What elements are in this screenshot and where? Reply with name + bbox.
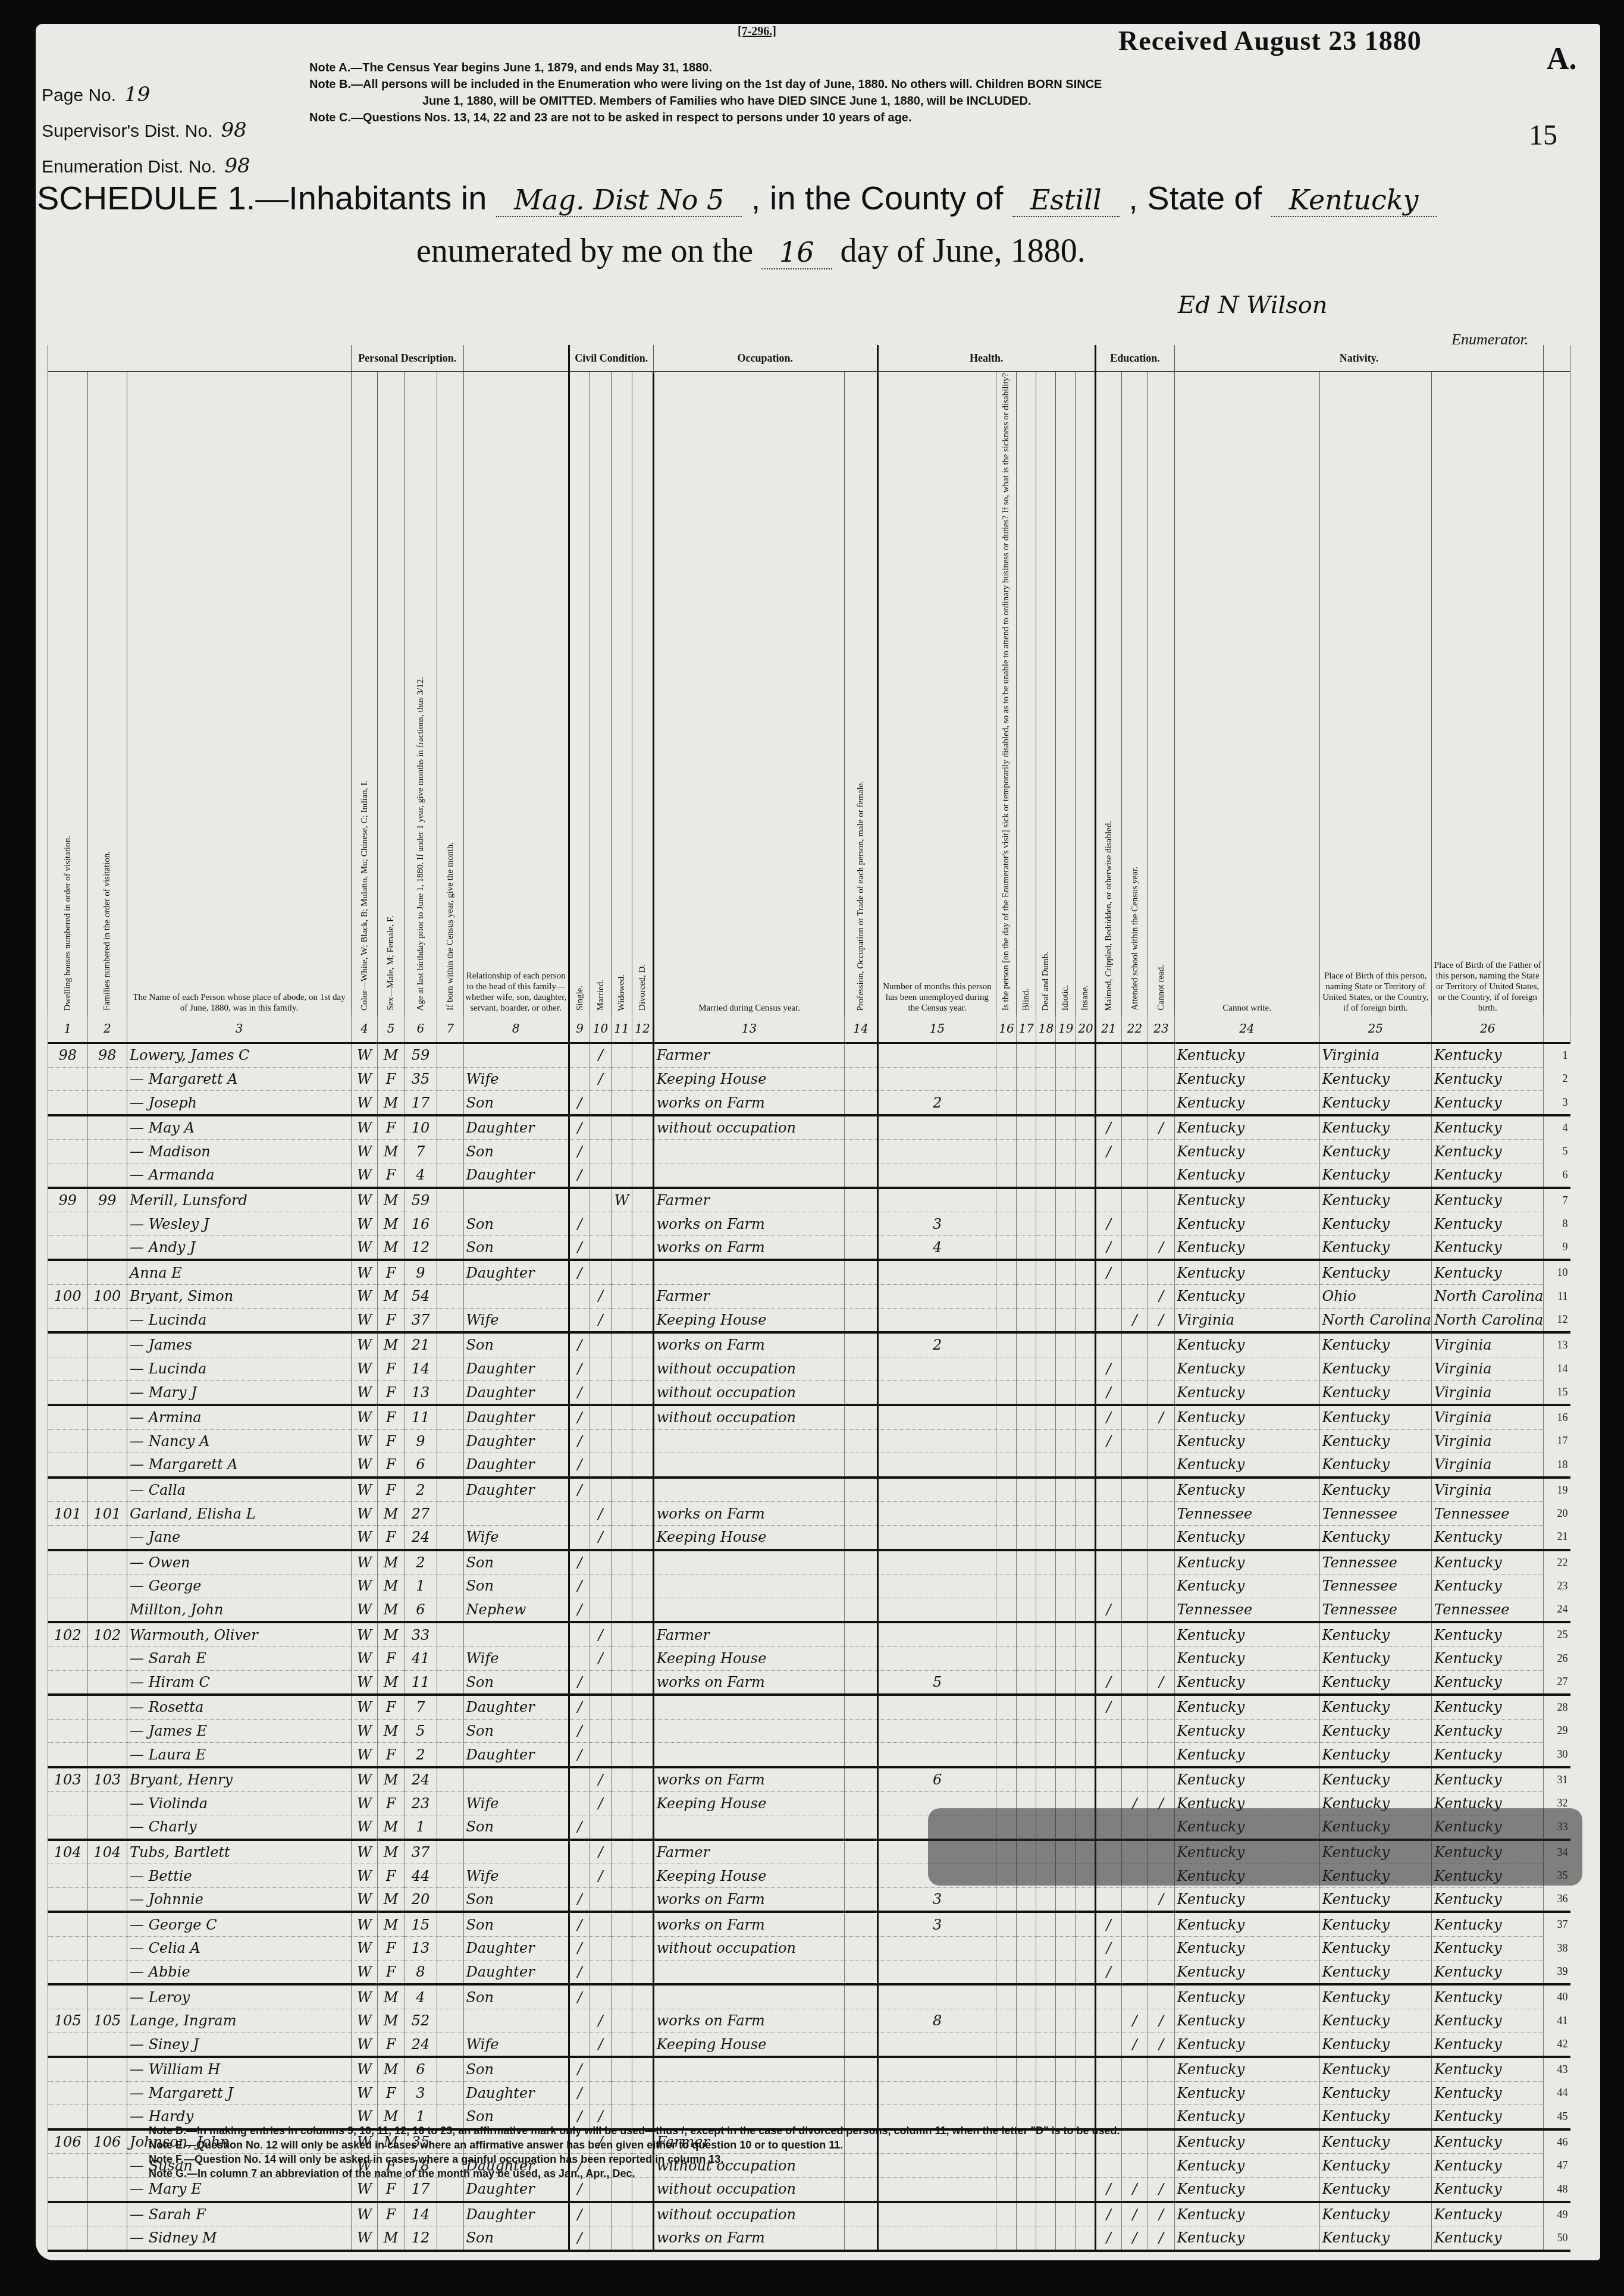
cell-empty — [1016, 1887, 1036, 1912]
cell-empty — [437, 2009, 463, 2032]
cell-pob: Kentucky — [1174, 1188, 1319, 1212]
cell-fpob: Kentucky — [1319, 1357, 1431, 1381]
colnum: 24 — [1174, 1015, 1319, 1043]
cell-unemp — [877, 1043, 996, 1068]
cell-pob: Kentucky — [1174, 2105, 1319, 2129]
cell-empty — [996, 1984, 1016, 2009]
cell-unemp: 3 — [877, 1212, 996, 1236]
cell-rel: Son — [463, 1140, 569, 1163]
cell-empty — [1036, 2202, 1055, 2226]
cell-single: / — [569, 1550, 590, 1574]
cell-fam — [87, 1937, 127, 1961]
cell-empty — [845, 1502, 877, 1526]
cell-line: 27 — [1544, 1670, 1570, 1695]
table-row: 9999Merill, LunsfordWM59WFarmerKentuckyK… — [48, 1188, 1570, 1212]
sheet-number: 15 — [1529, 119, 1557, 152]
cell-school — [1095, 1453, 1121, 1478]
cell-empty — [1076, 1574, 1095, 1598]
cell-single — [569, 1840, 590, 1864]
cell-school — [1095, 1622, 1121, 1646]
cell-mpob: Kentucky — [1431, 1212, 1543, 1236]
cell-empty — [1016, 1646, 1036, 1670]
cell-rel: Son — [463, 1887, 569, 1912]
cell-empty — [996, 1502, 1016, 1526]
cell-widowed — [611, 1792, 632, 1815]
cell-fam — [87, 1308, 127, 1332]
cell-mpob: Virginia — [1431, 1429, 1543, 1453]
cell-dw — [48, 2057, 88, 2081]
cell-empty — [1036, 2177, 1055, 2201]
cell-empty — [437, 1937, 463, 1961]
cell-fam — [87, 1091, 127, 1115]
cell-empty — [845, 1695, 877, 1719]
cell-color: W — [352, 2081, 378, 2105]
cell-empty — [996, 1719, 1016, 1743]
cell-empty — [1036, 1887, 1055, 1912]
cell-empty — [1076, 2226, 1095, 2251]
cell-fam — [87, 1260, 127, 1284]
cell-empty — [1016, 1332, 1036, 1357]
cell-sex: M — [378, 1502, 404, 1526]
scan-bottom-border — [0, 2260, 1624, 2296]
cell-empty — [1076, 2081, 1095, 2105]
cell-pob: Kentucky — [1174, 1285, 1319, 1309]
cell-rel: Daughter — [463, 1960, 569, 1984]
cell-school — [1095, 1550, 1121, 1574]
cell-single: / — [569, 1429, 590, 1453]
cell-unemp — [877, 1260, 996, 1284]
cell-age: 3 — [404, 2081, 437, 2105]
cell-single: / — [569, 1912, 590, 1936]
cell-empty — [437, 1405, 463, 1429]
cell-empty — [632, 1960, 654, 1984]
cell-line: 12 — [1544, 1308, 1570, 1332]
cell-empty — [437, 1091, 463, 1115]
cell-name: — Hiram C — [127, 1670, 352, 1695]
cell-mpob: Kentucky — [1431, 1525, 1543, 1550]
cell-fpob: Kentucky — [1319, 2202, 1431, 2226]
cell-age: 52 — [404, 2009, 437, 2032]
cell-dw — [48, 1115, 88, 1140]
cell-occ — [653, 1550, 845, 1574]
cell-line: 40 — [1544, 1984, 1570, 2009]
instruction-notes: Note A.—The Census Year begins June 1, 1… — [309, 59, 1440, 126]
cell-empty — [437, 1912, 463, 1936]
cell-empty — [1076, 1622, 1095, 1646]
cell-empty — [1056, 1695, 1076, 1719]
cell-nwrite — [1148, 1478, 1174, 1502]
cell-age: 5 — [404, 1719, 437, 1743]
cell-occ: works on Farm — [653, 2009, 845, 2032]
cell-pob: Kentucky — [1174, 2081, 1319, 2105]
cell-nread — [1121, 1887, 1148, 1912]
cell-pob: Kentucky — [1174, 1163, 1319, 1188]
cell-nread — [1121, 1719, 1148, 1743]
cell-nread — [1121, 1695, 1148, 1719]
cell-name: — Mary J — [127, 1381, 352, 1405]
cell-school — [1095, 1091, 1121, 1115]
cell-widowed — [611, 1864, 632, 1888]
cell-sex: M — [378, 1043, 404, 1068]
cell-empty — [437, 1670, 463, 1695]
cell-empty — [1016, 1043, 1036, 1068]
cell-dw — [48, 1984, 88, 2009]
cell-mpob: Kentucky — [1431, 1912, 1543, 1936]
cell-nread — [1121, 1937, 1148, 1961]
cell-fam — [87, 1743, 127, 1767]
cell-empty — [1036, 2226, 1055, 2251]
cell-color: W — [352, 2177, 378, 2201]
cell-empty — [996, 1043, 1016, 1068]
page-no-label: Page No. — [42, 86, 116, 105]
cell-color: W — [352, 1695, 378, 1719]
cell-dw: 100 — [48, 1285, 88, 1309]
table-row: — Nancy AWF9Daughter//KentuckyKentuckyVi… — [48, 1429, 1570, 1453]
cell-color: W — [352, 1887, 378, 1912]
cell-empty — [437, 1453, 463, 1478]
cell-rel: Daughter — [463, 1429, 569, 1453]
cell-nwrite — [1148, 1502, 1174, 1526]
cell-empty — [632, 2057, 654, 2081]
cell-empty — [1016, 1960, 1036, 1984]
colnum: 9 — [569, 1015, 590, 1043]
cell-occ — [653, 1429, 845, 1453]
cell-nread — [1121, 1188, 1148, 1212]
cell-dw — [48, 1646, 88, 1670]
cell-nwrite — [1148, 1525, 1174, 1550]
cell-fpob: Kentucky — [1319, 1381, 1431, 1405]
cell-nwrite: / — [1148, 2032, 1174, 2057]
cell-empty — [1076, 2057, 1095, 2081]
cell-nread: / — [1121, 1308, 1148, 1332]
cell-unemp — [877, 1502, 996, 1526]
cell-sex: F — [378, 1067, 404, 1091]
cell-single — [569, 1043, 590, 1068]
cell-mpob: Kentucky — [1431, 2177, 1543, 2201]
cell-occ: works on Farm — [653, 1887, 845, 1912]
cell-name: — James — [127, 1332, 352, 1357]
cell-name: — George — [127, 1574, 352, 1598]
cell-nread — [1121, 1912, 1148, 1936]
cell-unemp: 4 — [877, 1235, 996, 1260]
col-color: Color—White, W; Black, B; Mulatto, Mu; C… — [352, 372, 378, 1015]
cell-empty — [1016, 1719, 1036, 1743]
cell-empty — [1076, 1525, 1095, 1550]
cell-empty — [845, 2226, 877, 2251]
cell-color: W — [352, 2202, 378, 2226]
cell-empty — [1076, 1695, 1095, 1719]
supervisor-line: Supervisor's Dist. No.98 — [42, 113, 250, 149]
cell-widowed — [611, 1453, 632, 1478]
cell-nread — [1121, 1502, 1148, 1526]
cell-color: W — [352, 1912, 378, 1936]
cell-name: — Violinda — [127, 1792, 352, 1815]
cell-nwrite — [1148, 2105, 1174, 2129]
cell-single: / — [569, 1332, 590, 1357]
cell-sex: F — [378, 2032, 404, 2057]
cell-widowed — [611, 2177, 632, 2201]
cell-age: 10 — [404, 1115, 437, 1140]
cell-color: W — [352, 1381, 378, 1405]
cell-mpob: Virginia — [1431, 1381, 1543, 1405]
group-blank-rel — [463, 345, 569, 372]
enumerated-prefix: enumerated by me on the — [416, 233, 753, 269]
cell-age: 24 — [404, 2032, 437, 2057]
cell-widowed — [611, 1163, 632, 1188]
cell-empty — [437, 1695, 463, 1719]
group-education: Education. — [1095, 345, 1174, 372]
cell-empty — [845, 1792, 877, 1815]
cell-empty — [996, 1478, 1016, 1502]
cell-empty — [996, 1429, 1016, 1453]
cell-rel: Son — [463, 1332, 569, 1357]
table-row: — Sarah EWF41Wife/Keeping HouseKentuckyK… — [48, 1646, 1570, 1670]
cell-empty — [632, 1646, 654, 1670]
cell-empty — [1016, 2032, 1036, 2057]
cell-occ: without occupation — [653, 1357, 845, 1381]
cell-empty — [632, 1381, 654, 1405]
cell-nread — [1121, 1646, 1148, 1670]
cell-dw — [48, 1743, 88, 1767]
cell-occ — [653, 1815, 845, 1840]
cell-married — [590, 1743, 611, 1767]
table-row: — Mary EWF17Daughter/without occupation/… — [48, 2177, 1570, 2201]
col-cannot-write-place-birth: Cannot write. — [1174, 372, 1319, 1015]
cell-occ: Keeping House — [653, 1864, 845, 1888]
cell-married: / — [590, 1646, 611, 1670]
cell-empty — [632, 1429, 654, 1453]
cell-empty — [1076, 1719, 1095, 1743]
cell-name: — Charly — [127, 1815, 352, 1840]
cell-married — [590, 2226, 611, 2251]
cell-occ: without occupation — [653, 2177, 845, 2201]
cell-color: W — [352, 2057, 378, 2081]
cell-mpob: Kentucky — [1431, 2032, 1543, 2057]
cell-mpob: Virginia — [1431, 1478, 1543, 1502]
cell-nwrite — [1148, 2057, 1174, 2081]
cell-mpob: Kentucky — [1431, 2154, 1543, 2178]
cell-married — [590, 1695, 611, 1719]
cell-school — [1095, 2057, 1121, 2081]
cell-occ — [653, 1695, 845, 1719]
cell-color: W — [352, 1405, 378, 1429]
cell-empty — [1076, 2009, 1095, 2032]
cell-empty — [632, 1984, 654, 2009]
cell-empty — [1076, 1381, 1095, 1405]
cell-line: 23 — [1544, 1574, 1570, 1598]
cell-empty — [437, 2081, 463, 2105]
cell-color: W — [352, 1478, 378, 1502]
cell-empty — [437, 1357, 463, 1381]
cell-rel: Daughter — [463, 1115, 569, 1140]
cell-rel — [463, 1622, 569, 1646]
cell-color: W — [352, 1453, 378, 1478]
cell-age: 37 — [404, 1308, 437, 1332]
cell-pob: Kentucky — [1174, 1478, 1319, 1502]
colnum — [1544, 1015, 1570, 1043]
cell-single: / — [569, 2202, 590, 2226]
cell-pob: Kentucky — [1174, 1960, 1319, 1984]
cell-married: / — [590, 2032, 611, 2057]
cell-line: 17 — [1544, 1429, 1570, 1453]
col-unemployed: Number of months this person has been un… — [877, 372, 996, 1015]
cell-empty — [996, 2177, 1016, 2201]
cell-nwrite — [1148, 1984, 1174, 2009]
cell-name: — Margarett A — [127, 1453, 352, 1478]
received-stamp: Received August 23 1880 — [1118, 25, 1422, 57]
cell-school: / — [1095, 1140, 1121, 1163]
cell-line: 11 — [1544, 1285, 1570, 1309]
cell-widowed — [611, 1285, 632, 1309]
cell-married — [590, 1574, 611, 1598]
cell-mpob: Virginia — [1431, 1453, 1543, 1478]
cell-empty — [437, 1767, 463, 1792]
table-row: — Sarah FWF14Daughter/without occupation… — [48, 2202, 1570, 2226]
cell-sex: F — [378, 1429, 404, 1453]
cell-empty — [1016, 1478, 1036, 1502]
colnum: 2 — [87, 1015, 127, 1043]
note-g: Note G.—In column 7 an abbreviation of t… — [149, 2166, 1120, 2181]
cell-mpob: Kentucky — [1431, 1646, 1543, 1670]
cell-fam — [87, 1598, 127, 1622]
cell-age: 54 — [404, 1285, 437, 1309]
cell-empty — [1056, 1140, 1076, 1163]
cell-empty — [632, 1308, 654, 1332]
cell-empty — [632, 1285, 654, 1309]
cell-empty — [845, 1887, 877, 1912]
cell-pob: Kentucky — [1174, 2032, 1319, 2057]
census-table: Personal Description. Civil Condition. O… — [48, 345, 1570, 2252]
cell-line: 37 — [1544, 1912, 1570, 1936]
cell-name: Garland, Elisha L — [127, 1502, 352, 1526]
cell-empty — [996, 2226, 1016, 2251]
cell-fpob: Kentucky — [1319, 2154, 1431, 2178]
cell-occ: without occupation — [653, 1381, 845, 1405]
cell-school — [1095, 2081, 1121, 2105]
cell-empty — [996, 1357, 1016, 1381]
col-widowed: Widowed. — [611, 372, 632, 1015]
cell-married — [590, 1478, 611, 1502]
cell-empty — [1036, 1453, 1055, 1478]
cell-nread — [1121, 1091, 1148, 1115]
cell-rel: Daughter — [463, 1937, 569, 1961]
cell-nwrite — [1148, 1743, 1174, 1767]
cell-color: W — [352, 1670, 378, 1695]
cell-empty — [632, 1743, 654, 1767]
cell-empty — [1056, 1984, 1076, 2009]
cell-name: — James E — [127, 1719, 352, 1743]
cell-empty — [1056, 1429, 1076, 1453]
table-row: — Celia AWF13Daughter/without occupation… — [48, 1937, 1570, 1961]
table-row: — GeorgeWM1Son/KentuckyTennesseeKentucky… — [48, 1574, 1570, 1598]
cell-single: / — [569, 1719, 590, 1743]
cell-fpob: Kentucky — [1319, 1912, 1431, 1936]
table-row: — ArmandaWF4Daughter/KentuckyKentuckyKen… — [48, 1163, 1570, 1188]
cell-school: / — [1095, 1429, 1121, 1453]
cell-rel: Daughter — [463, 1453, 569, 1478]
cell-rel: Daughter — [463, 1381, 569, 1405]
cell-mpob: Kentucky — [1431, 1091, 1543, 1115]
cell-school — [1095, 2032, 1121, 2057]
cell-sex: F — [378, 1792, 404, 1815]
cell-single: / — [569, 1212, 590, 1236]
cell-line: 28 — [1544, 1695, 1570, 1719]
cell-mpob: Kentucky — [1431, 2057, 1543, 2081]
cell-dw — [48, 1260, 88, 1284]
cell-rel: Wife — [463, 1308, 569, 1332]
cell-fam: 100 — [87, 1285, 127, 1309]
cell-empty — [632, 1622, 654, 1646]
cell-empty — [1036, 1719, 1055, 1743]
cell-line: 26 — [1544, 1646, 1570, 1670]
cell-age: 12 — [404, 1235, 437, 1260]
cell-sex: M — [378, 1140, 404, 1163]
cell-name: — Lucinda — [127, 1357, 352, 1381]
table-row: 100100Bryant, SimonWM54/Farmer/KentuckyO… — [48, 1285, 1570, 1309]
cell-single: / — [569, 2081, 590, 2105]
cell-unemp — [877, 1622, 996, 1646]
cell-fam — [87, 1381, 127, 1405]
cell-empty — [1016, 1767, 1036, 1792]
cell-empty — [996, 2081, 1016, 2105]
cell-dw — [48, 2105, 88, 2129]
cell-dw — [48, 1960, 88, 1984]
cell-fpob: Kentucky — [1319, 1405, 1431, 1429]
cell-empty — [996, 1598, 1016, 1622]
cell-name: — Jane — [127, 1525, 352, 1550]
cell-married — [590, 1357, 611, 1381]
cell-empty — [1056, 1525, 1076, 1550]
cell-married: / — [590, 1767, 611, 1792]
cell-nwrite — [1148, 1429, 1174, 1453]
cell-widowed — [611, 1381, 632, 1405]
note-b: Note B.—All persons will be included in … — [309, 76, 1440, 93]
cell-rel: Daughter — [463, 1357, 569, 1381]
cell-color: W — [352, 1091, 378, 1115]
cell-married — [590, 1163, 611, 1188]
cell-empty — [1076, 1937, 1095, 1961]
cell-nwrite: / — [1148, 1285, 1174, 1309]
table-row: — MadisonWM7Son//KentuckyKentuckyKentuck… — [48, 1140, 1570, 1163]
cell-empty — [1056, 1960, 1076, 1984]
group-health: Health. — [877, 345, 1095, 372]
cell-empty — [996, 1743, 1016, 1767]
cell-fam — [87, 1719, 127, 1743]
cell-dw — [48, 1429, 88, 1453]
cell-fam — [87, 1574, 127, 1598]
cell-empty — [845, 1163, 877, 1188]
cell-empty — [1076, 1188, 1095, 1212]
cell-school — [1095, 1984, 1121, 2009]
cell-single: / — [569, 2226, 590, 2251]
cell-sex: M — [378, 1212, 404, 1236]
cell-empty — [996, 1550, 1016, 1574]
cell-empty — [1036, 2032, 1055, 2057]
cell-unemp — [877, 1429, 996, 1453]
cell-fam — [87, 1550, 127, 1574]
cell-line: 3 — [1544, 1091, 1570, 1115]
cell-name: Lowery, James C — [127, 1043, 352, 1068]
cell-pob: Kentucky — [1174, 1743, 1319, 1767]
cell-sex: M — [378, 1235, 404, 1260]
cell-rel: Son — [463, 1912, 569, 1936]
cell-pob: Kentucky — [1174, 2057, 1319, 2081]
cell-school: / — [1095, 1598, 1121, 1622]
cell-fam — [87, 1646, 127, 1670]
cell-line: 48 — [1544, 2177, 1570, 2201]
cell-empty — [996, 1115, 1016, 1140]
cell-married — [590, 1937, 611, 1961]
